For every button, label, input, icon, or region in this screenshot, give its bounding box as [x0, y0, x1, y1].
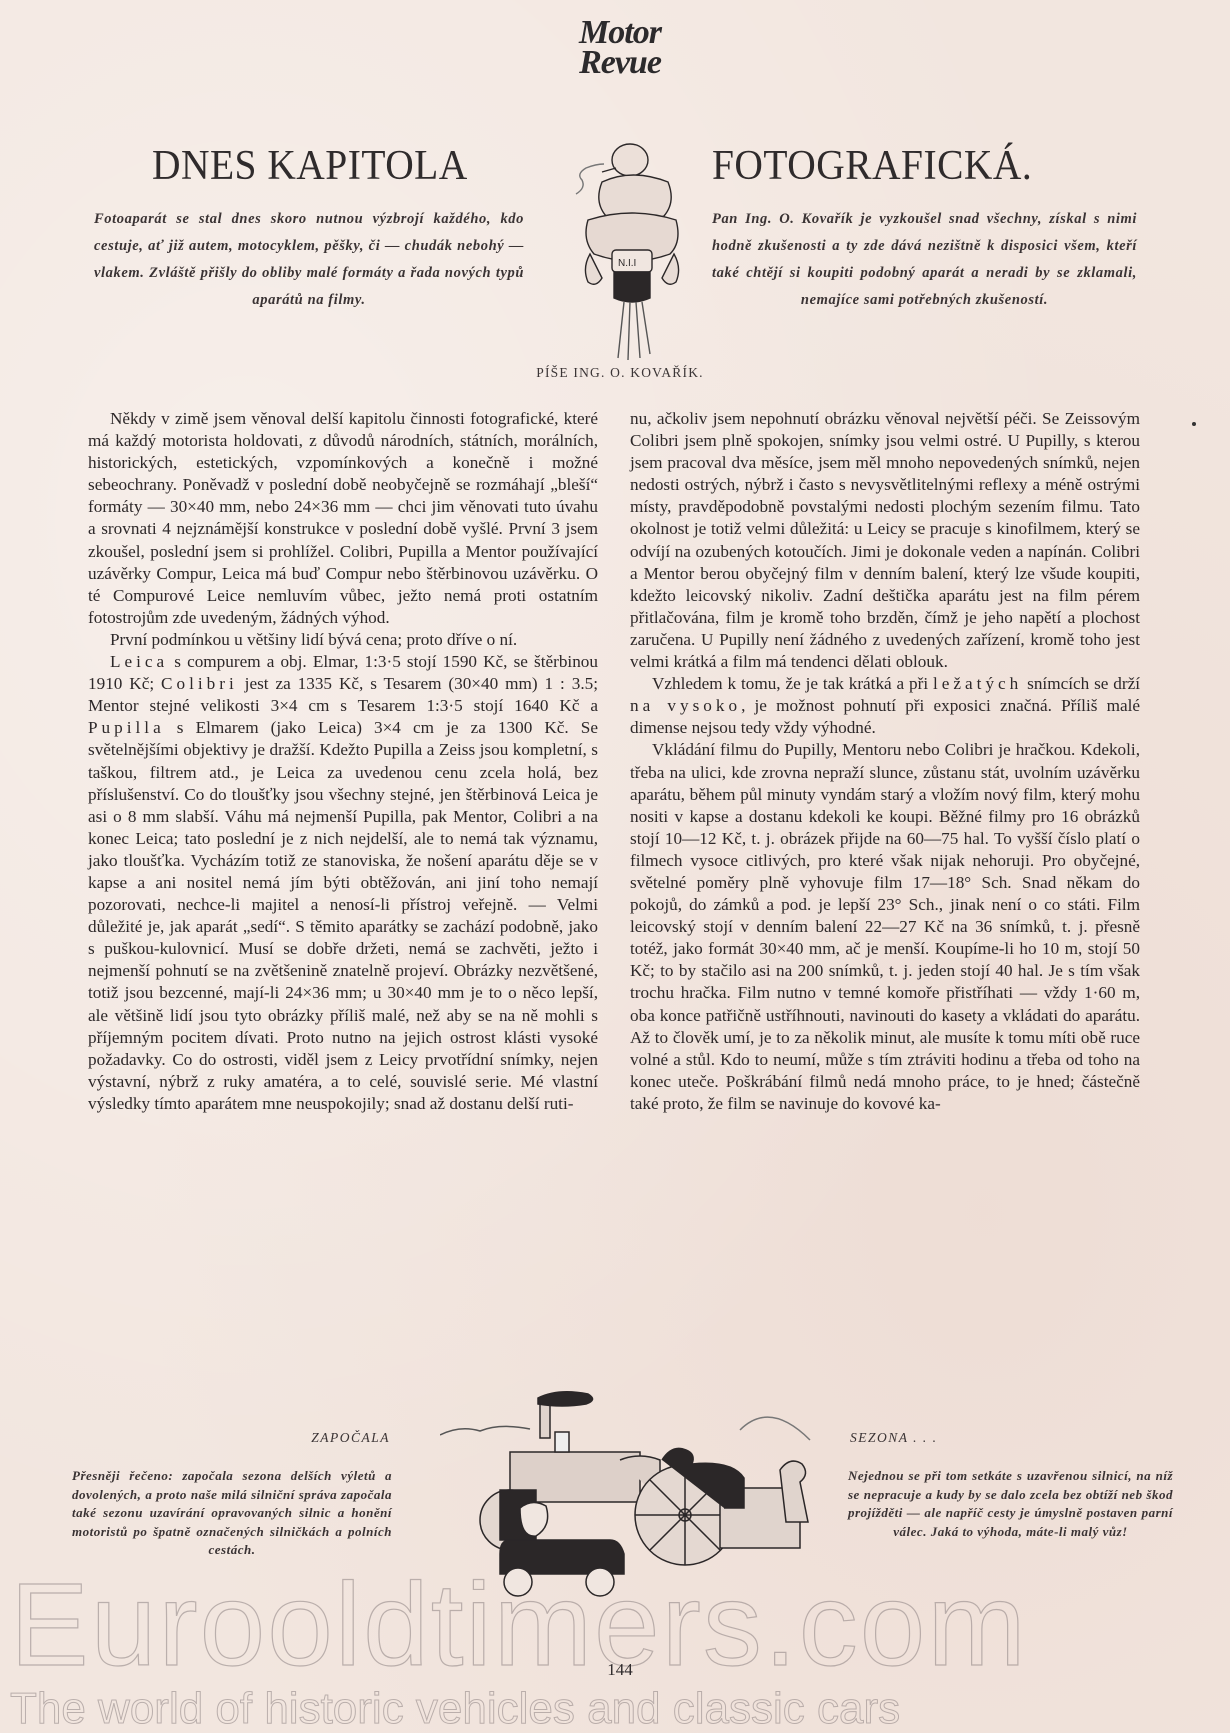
svg-text:N.I.I: N.I.I — [618, 258, 636, 269]
motorcyclist-illustration: N.I.I — [572, 134, 692, 362]
paragraph: První podmínkou u většiny lidí bývá cena… — [88, 629, 598, 651]
paragraph: Někdy v zimě jsem věnoval delší kapitolu… — [88, 408, 598, 629]
page-number: 144 — [590, 1660, 650, 1680]
text-run: s Elmarem (jako Leica) 3×4 cm je za 1300… — [88, 718, 598, 1113]
emphasis-pupilla: Pupilla — [88, 718, 165, 737]
paragraph: Vzhledem k tomu, že je tak krátká a při … — [630, 673, 1140, 739]
emphasis-leica: Leica — [110, 652, 168, 671]
deck-right: Pan Ing. O. Kovařík je vyzkoušel snad vš… — [712, 206, 1137, 314]
masthead-line-2: Revue — [545, 48, 695, 78]
caption-left-title: ZAPOČALA — [290, 1430, 390, 1446]
motorcyclist-drawing-icon: N.I.I — [572, 134, 692, 362]
masthead-logo: Motor Revue — [545, 18, 695, 78]
article-right-column: nu, ačkoliv jsem nepohnutí obrázku věnov… — [630, 408, 1140, 1115]
text-run: Vzhledem k tomu, že je tak krátká a při — [652, 674, 933, 693]
print-speck — [1192, 422, 1196, 426]
caption-right-title: SEZONA . . . — [850, 1430, 970, 1446]
caption-left-body: Přesněji řečeno: započala sezona delších… — [72, 1467, 392, 1560]
watermark-tagline: The world of historic vehicles and class… — [10, 1686, 900, 1732]
headline-right: FOTOGRAFICKÁ. — [712, 142, 1032, 190]
byline: PÍŠE ING. O. KOVAŘÍK. — [470, 365, 770, 381]
caption-right-body: Nejednou se při tom setkáte s uzavřenou … — [848, 1467, 1173, 1541]
deck-left: Fotoaparát se stal dnes skoro nutnou výz… — [94, 206, 524, 314]
paragraph: Leica s compurem a obj. Elmar, 1:3·5 sto… — [88, 651, 598, 1115]
emphasis-na-vysoko: na vysoko — [630, 696, 741, 715]
headline-left: DNES KAPITOLA — [152, 142, 468, 190]
article-left-column: Někdy v zimě jsem věnoval delší kapitolu… — [88, 408, 598, 1115]
paragraph: Vkládání filmu do Pupilly, Mentoru nebo … — [630, 739, 1140, 1115]
emphasis-colibri: Colibri — [161, 674, 238, 693]
emphasis-lezatych: ležatých — [933, 674, 1022, 693]
text-run: snímcích se drží — [1022, 674, 1140, 693]
paragraph: nu, ačkoliv jsem nepohnutí obrázku věnov… — [630, 408, 1140, 673]
